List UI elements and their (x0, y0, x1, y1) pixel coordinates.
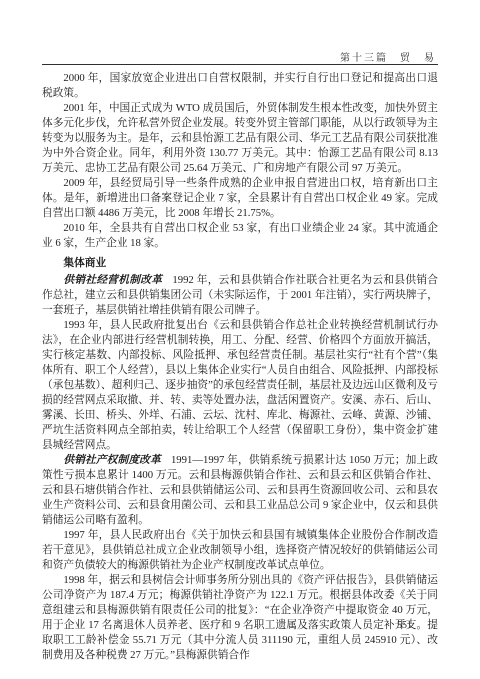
page-body: 2000 年，国家放宽企业进出口自营权限制，并实行自行出口登记和提高出口退税政策… (42, 71, 438, 663)
paragraph-1997: 1997 年，县人民政府出台《关于加快云和县国有城镇集体企业股份合作制改造若干意… (42, 528, 438, 573)
section-heading-collective-commerce: 集体商业 (42, 256, 438, 271)
paragraph-2000: 2000 年，国家放宽企业进出口自营权限制，并实行自行出口登记和提高出口退税政策… (42, 71, 438, 101)
entry-title: 供销社产权制度改革 (63, 454, 160, 466)
running-header: 第十三篇 贸 易 (42, 49, 436, 64)
paragraph-property-rights-reform: 供销社产权制度改革1991—1997 年，供销系统亏损累计达 1050 万元；加… (42, 453, 438, 528)
page-number: 551 (397, 620, 412, 631)
paragraph-1993: 1993 年，县人民政府批复出台《云和县供销合作总社企业转换经营机制试行办法》，… (42, 318, 438, 453)
chapter-title: 第十三篇 贸 易 (340, 53, 436, 64)
paragraph-2009: 2009 年，县经贸局引导一些条件成熟的企业申报自营进出口权，培育新出口主体。是… (42, 176, 438, 221)
header-rule (42, 64, 438, 65)
paragraph-1998: 1998 年，据云和县树信会计师事务所分别出具的《资产评估报告》，县供销储运公司… (42, 573, 438, 663)
entry-title: 供销社经营机制改革 (63, 274, 162, 286)
paragraph-supply-coop-mechanism-reform: 供销社经营机制改革1992 年，云和县供销合作社联合社更名为云和县供销合作总社，… (42, 273, 438, 318)
paragraph-2010: 2010 年，全县共有自营出口权企业 53 家，有出口业绩企业 24 家。其中流… (42, 221, 438, 251)
paragraph-2001: 2001 年，中国正式成为 WTO 成员国后，外贸体制发生根本性改变，加快外贸主… (42, 101, 438, 176)
document-page: 第十三篇 贸 易 2000 年，国家放宽企业进出口自营权限制，并实行自行出口登记… (0, 0, 480, 679)
